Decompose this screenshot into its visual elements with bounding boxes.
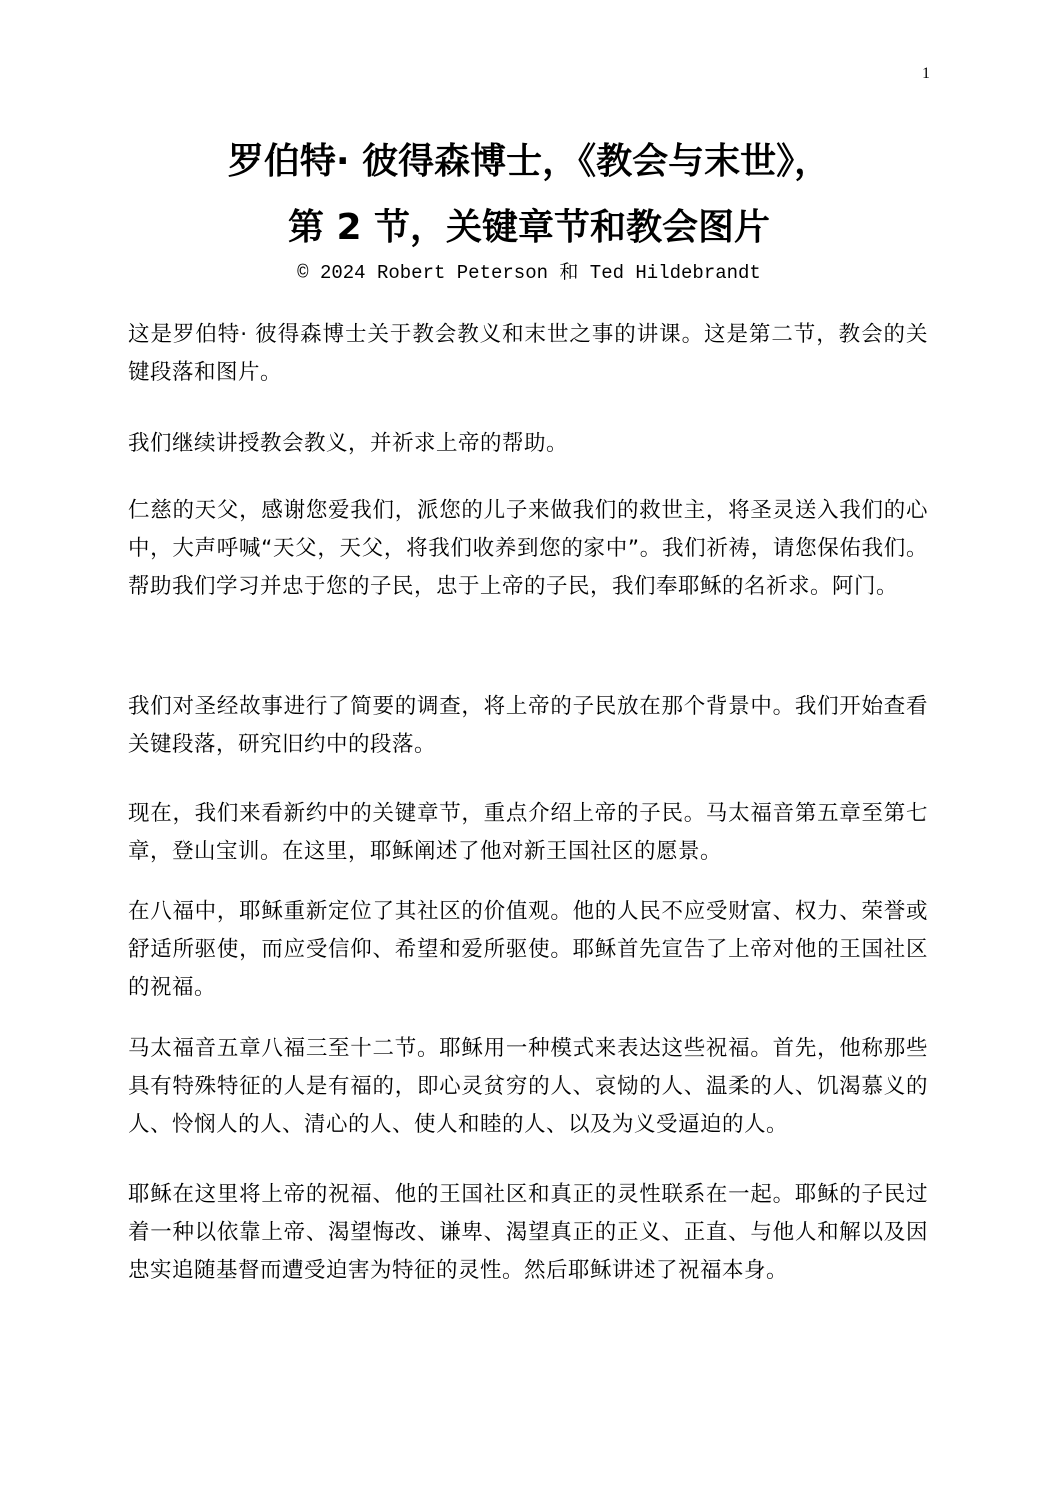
paragraph-continue: 我们继续讲授教会教义，并祈求上帝的帮助。 [128, 425, 928, 463]
paragraph-spirituality: 耶稣在这里将上帝的祝福、他的王国社区和真正的灵性联系在一起。耶稣的子民过着一种以… [128, 1176, 928, 1290]
copyright-line: © 2024 Robert Peterson 和 Ted Hildebrandt [0, 261, 1058, 285]
paragraph-prayer: 仁慈的天父，感谢您爱我们，派您的儿子来做我们的救世主，将圣灵送入我们的心中，大声… [128, 492, 928, 606]
paragraph-new-testament: 现在，我们来看新约中的关键章节，重点介绍上帝的子民。马太福音第五章至第七章，登山… [128, 795, 928, 871]
paragraph-matthew-5: 马太福音五章八福三至十二节。耶稣用一种模式来表达这些祝福。首先，他称那些具有特殊… [128, 1030, 928, 1144]
paragraph-survey: 我们对圣经故事进行了简要的调查，将上帝的子民放在那个背景中。我们开始查看关键段落… [128, 688, 928, 764]
document-title-line-2: 第 2 节，关键章节和教会图片 [0, 206, 1058, 250]
paragraph-beatitudes: 在八福中，耶稣重新定位了其社区的价值观。他的人民不应受财富、权力、荣誉或舒适所驱… [128, 893, 928, 1007]
document-title-line-1: 罗伯特· 彼得森博士，《教会与末世》， [0, 140, 1058, 184]
paragraph-intro: 这是罗伯特· 彼得森博士关于教会教义和末世之事的讲课。这是第二节，教会的关键段落… [128, 316, 928, 392]
page-number: 1 [922, 64, 930, 84]
